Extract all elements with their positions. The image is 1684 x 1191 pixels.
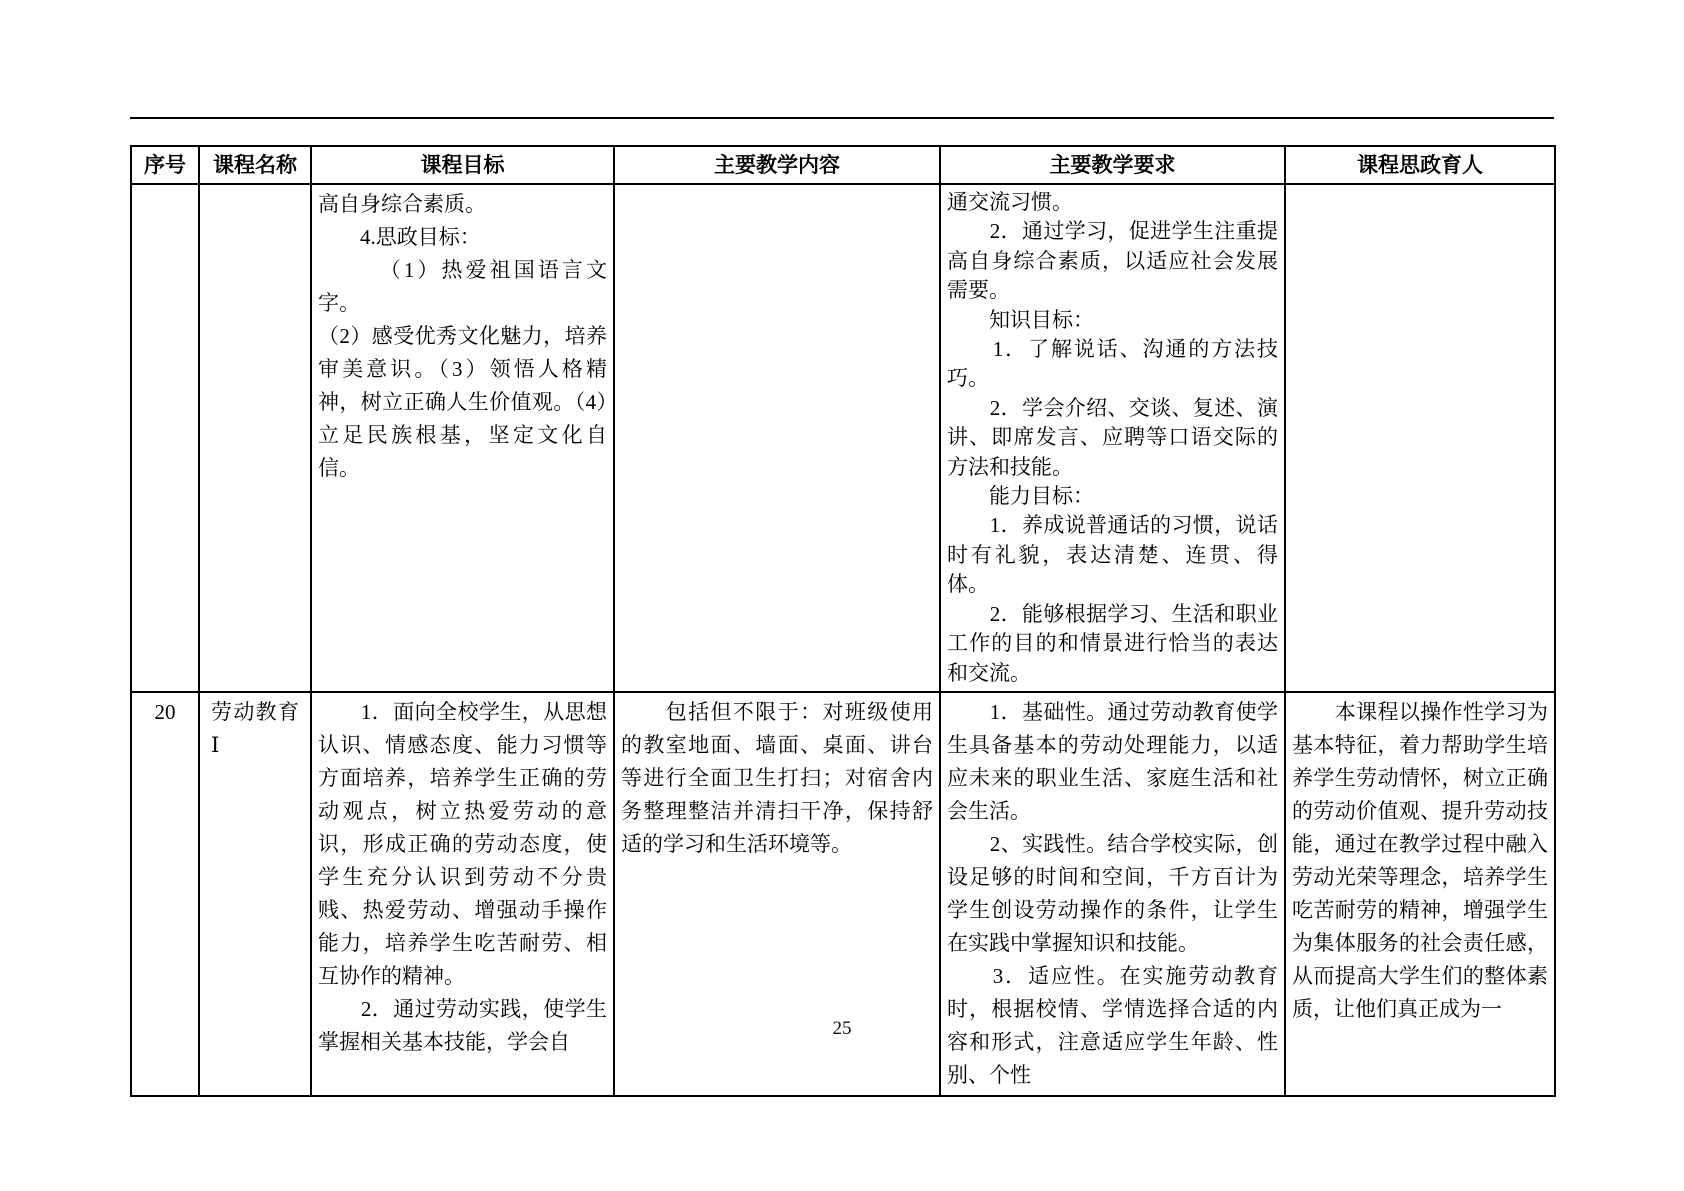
column-header-course-name: 课程名称 — [199, 146, 311, 184]
column-header-objectives: 课程目标 — [311, 146, 614, 184]
cell-teaching-content — [614, 184, 940, 692]
column-header-requirements: 主要教学要求 — [940, 146, 1285, 184]
page-number: 25 — [0, 1018, 1684, 1040]
table-row-continuation: 高自身综合素质。 4.思政目标： （1）热爱祖国语言文字。 （2）感受优秀文化魅… — [131, 184, 1555, 692]
cell-course-ideology — [1285, 184, 1555, 692]
table-body: 高自身综合素质。 4.思政目标： （1）热爱祖国语言文字。 （2）感受优秀文化魅… — [131, 184, 1555, 1096]
document-page: 序号 课程名称 课程目标 主要教学内容 主要教学要求 课程思政育人 高自身综合素… — [0, 0, 1684, 1191]
page-header-rule — [130, 117, 1554, 119]
table-header: 序号 课程名称 课程目标 主要教学内容 主要教学要求 课程思政育人 — [131, 146, 1555, 184]
table-header-row: 序号 课程名称 课程目标 主要教学内容 主要教学要求 课程思政育人 — [131, 146, 1555, 184]
course-table: 序号 课程名称 课程目标 主要教学内容 主要教学要求 课程思政育人 高自身综合素… — [130, 145, 1556, 1097]
cell-course-name — [199, 184, 311, 692]
cell-teaching-requirements: 通交流习惯。 2．通过学习，促进学生注重提高自身综合素质，以适应社会发展需要。 … — [940, 184, 1285, 692]
column-header-ideology: 课程思政育人 — [1285, 146, 1555, 184]
cell-course-objectives: 高自身综合素质。 4.思政目标： （1）热爱祖国语言文字。 （2）感受优秀文化魅… — [311, 184, 614, 692]
column-header-content: 主要教学内容 — [614, 146, 940, 184]
column-header-serial-no: 序号 — [131, 146, 199, 184]
cell-serial-no — [131, 184, 199, 692]
